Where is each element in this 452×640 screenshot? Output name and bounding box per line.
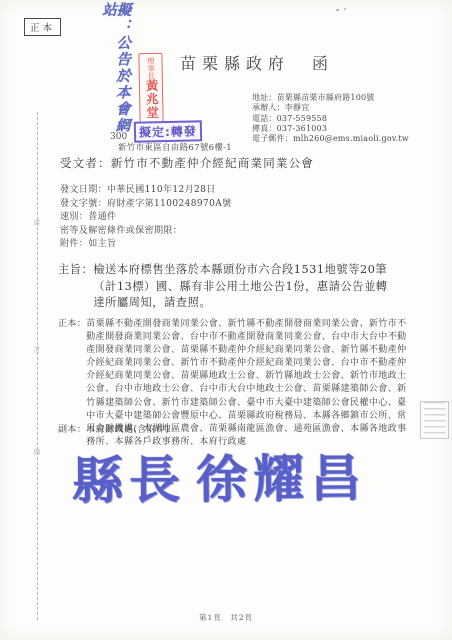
document-title: 苗栗縣政府 函	[180, 51, 334, 74]
recipient-street-address: 新竹市東區自由路67號6樓-1	[118, 141, 232, 153]
sender-contact-block: 地址：苗栗縣苗栗市縣府路100號 承辦人：李靜宜 電話：037-559558 傳…	[252, 93, 409, 144]
magistrate-signature-stamp: 縣長徐耀昌	[72, 436, 363, 513]
sender-email: 電子郵件：mlh260@ems.miaoli.gov.tw	[252, 134, 409, 144]
sender-fax: 傳真：037-361003	[252, 124, 409, 134]
magistrate-title: 縣長	[72, 450, 187, 511]
scan-noise-speck	[344, 8, 346, 10]
subject-label: 主旨：	[58, 262, 93, 312]
decision-stamp: 擬定:轉發	[134, 120, 202, 142]
faint-receipt-stamp	[420, 401, 449, 439]
carbon-copy-text: 本府財政處(含附件)	[86, 422, 169, 435]
chairman-seal-title: 理事長	[147, 56, 155, 79]
binding-mark-zhuang: 裝	[31, 218, 43, 228]
sender-address: 地址：苗栗縣苗栗市縣府路100號	[252, 93, 409, 103]
handwritten-annotation: 擬：公告於本會網站	[99, 2, 129, 147]
issue-date: 發文日期：中華民國110年12月28日	[60, 184, 232, 198]
chairman-seal-stamp: 理事長 黃兆堂	[138, 53, 163, 123]
sender-phone: 電話：037-559558	[252, 114, 409, 124]
binding-dashed-line	[37, 112, 38, 620]
scan-noise-speck	[336, 9, 339, 11]
binding-mark-ding: 訂	[31, 345, 43, 355]
magistrate-name: 徐耀昌	[196, 448, 368, 510]
recipient-line: 受文者：新竹市不動產仲介經紀商業同業公會	[60, 155, 314, 171]
doc-number: 發文字號：府財產字第1100248970A號	[60, 198, 232, 212]
scanned-official-letter: 正本 裝 訂 線 擬：公告於本會網站 理事長 黃兆堂 擬定:轉發 苗栗縣政府 函…	[0, 0, 452, 640]
document-meta-block: 發文日期：中華民國110年12月28日 發文字號：府財產字第1100248970…	[60, 184, 232, 252]
chairman-seal-name: 黃兆堂	[145, 79, 158, 120]
sender-handler: 承辦人：李靜宜	[252, 103, 409, 113]
page-number-footer: 第1頁 共2頁	[0, 612, 452, 623]
carbon-copy-label: 副本：	[58, 422, 86, 435]
subject-paragraph: 主旨： 檢送本府標售坐落於本縣頭份市六合段1531地號等20筆（計13標）國、縣…	[58, 262, 398, 312]
security-class: 密等及解密條件或保密期限：	[60, 225, 232, 239]
delivery-speed: 速別：普通件	[60, 211, 232, 225]
carbon-copy-line: 副本： 本府財政處(含附件)	[58, 422, 170, 435]
subject-text: 檢送本府標售坐落於本縣頭份市六合段1531地號等20筆（計13標）國、縣有非公用…	[93, 262, 398, 312]
binding-mark-xian: 線	[31, 447, 43, 457]
copy-type-badge: 正本	[24, 18, 61, 36]
attachment-note: 附件：如主旨	[60, 238, 232, 252]
